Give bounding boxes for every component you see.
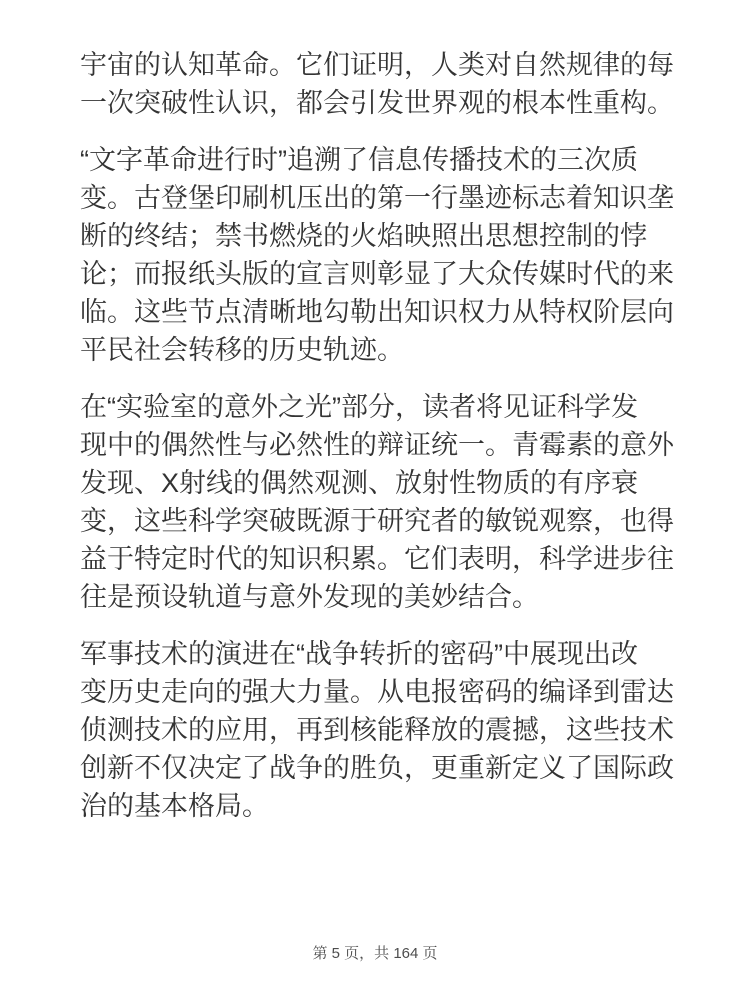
paragraph-3: 在“实验室的意外之光”部分，读者将见证科学发 现中的偶然性与必然性的辩证统一。青… bbox=[80, 388, 680, 616]
document-page: 宇宙的认知革命。它们证明，人类对自然规律的每 一次突破性认识，都会引发世界观的根… bbox=[0, 0, 750, 1000]
document-body: 宇宙的认知革命。它们证明，人类对自然规律的每 一次突破性认识，都会引发世界观的根… bbox=[80, 46, 680, 844]
paragraph-4: 军事技术的演进在“战争转折的密码”中展现出改 变历史走向的强大力量。从电报密码的… bbox=[80, 635, 680, 825]
paragraph-1: 宇宙的认知革命。它们证明，人类对自然规律的每 一次突破性认识，都会引发世界观的根… bbox=[80, 46, 680, 122]
paragraph-2: “文字革命进行时”追溯了信息传播技术的三次质 变。古登堡印刷机压出的第一行墨迹标… bbox=[80, 141, 680, 369]
page-number-footer: 第 5 页，共 164 页 bbox=[0, 944, 750, 964]
